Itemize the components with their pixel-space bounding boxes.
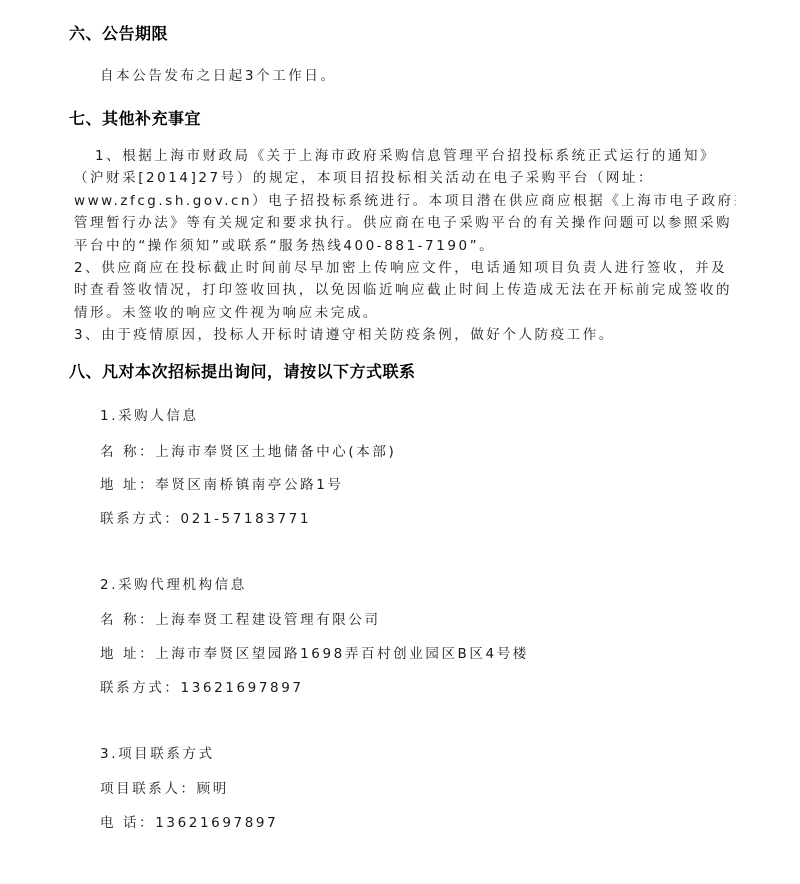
agency-contact: 联系方式：13621697897 [100,676,304,696]
agency-address: 地 址：上海市奉贤区望园路1698弄百村创业园区B区4号楼 [100,642,529,662]
purchaser-name: 名 称：上海市奉贤区土地储备中心(本部) [100,440,396,460]
item-1-line-1: 1、根据上海市财政局《关于上海市政府采购信息管理平台招投标系统正式运行的通知》 [74,145,736,167]
project-contact-person: 项目联系人：顾明 [100,777,229,797]
agency-title: 2.采购代理机构信息 [100,573,247,593]
purchaser-title: 1.采购人信息 [100,404,199,424]
item-2-line-3: 情形。未签收的响应文件视为响应未完成。 [74,302,736,324]
section-8-heading: 八、凡对本次招标提出询问，请按以下方式联系 [69,359,416,382]
purchaser-contact: 联系方式：021-57183771 [100,507,311,527]
announcement-page: 六、公告期限 自本公告发布之日起3个工作日。 七、其他补充事宜 1、根据上海市财… [0,0,800,884]
item-1-line-3: www.zfcg.sh.gov.cn）电子招投标系统进行。本项目潜在供应商应根据… [74,190,736,212]
item-1-line-5: 平台中的“操作须知”或联系“服务热线400-881-7190”。 [74,235,736,257]
section-7-item-3: 3、由于疫情原因，投标人开标时请遵守相关防疫条例，做好个人防疫工作。 [74,324,736,346]
section-7-item-2: 2、供应商应在投标截止时间前尽早加密上传响应文件，电话通知项目负责人进行签收，并… [74,257,736,324]
project-contact-title: 3.项目联系方式 [100,742,215,762]
item-2-line-1: 2、供应商应在投标截止时间前尽早加密上传响应文件，电话通知项目负责人进行签收，并… [74,257,736,279]
purchaser-address: 地 址：奉贤区南桥镇南亭公路1号 [100,473,343,493]
item-1-line-4: 管理暂行办法》等有关规定和要求执行。供应商在电子采购平台的有关操作问题可以参照采… [74,212,736,234]
item-2-line-2: 时查看签收情况，打印签收回执，以免因临近响应截止时间上传造成无法在开标前完成签收… [74,279,736,301]
section-6-heading: 六、公告期限 [69,21,168,44]
project-contact-phone: 电 话：13621697897 [100,811,278,831]
agency-name: 名 称：上海奉贤工程建设管理有限公司 [100,608,381,628]
item-1-line-2: （沪财采[2014]27号）的规定，本项目招投标相关活动在电子采购平台（网址： [74,167,736,189]
section-7-heading: 七、其他补充事宜 [69,106,201,129]
section-7-item-1: 1、根据上海市财政局《关于上海市政府采购信息管理平台招投标系统正式运行的通知》 … [74,145,736,257]
section-6-text: 自本公告发布之日起3个工作日。 [100,64,337,84]
item-3-line-1: 3、由于疫情原因，投标人开标时请遵守相关防疫条例，做好个人防疫工作。 [74,324,736,346]
